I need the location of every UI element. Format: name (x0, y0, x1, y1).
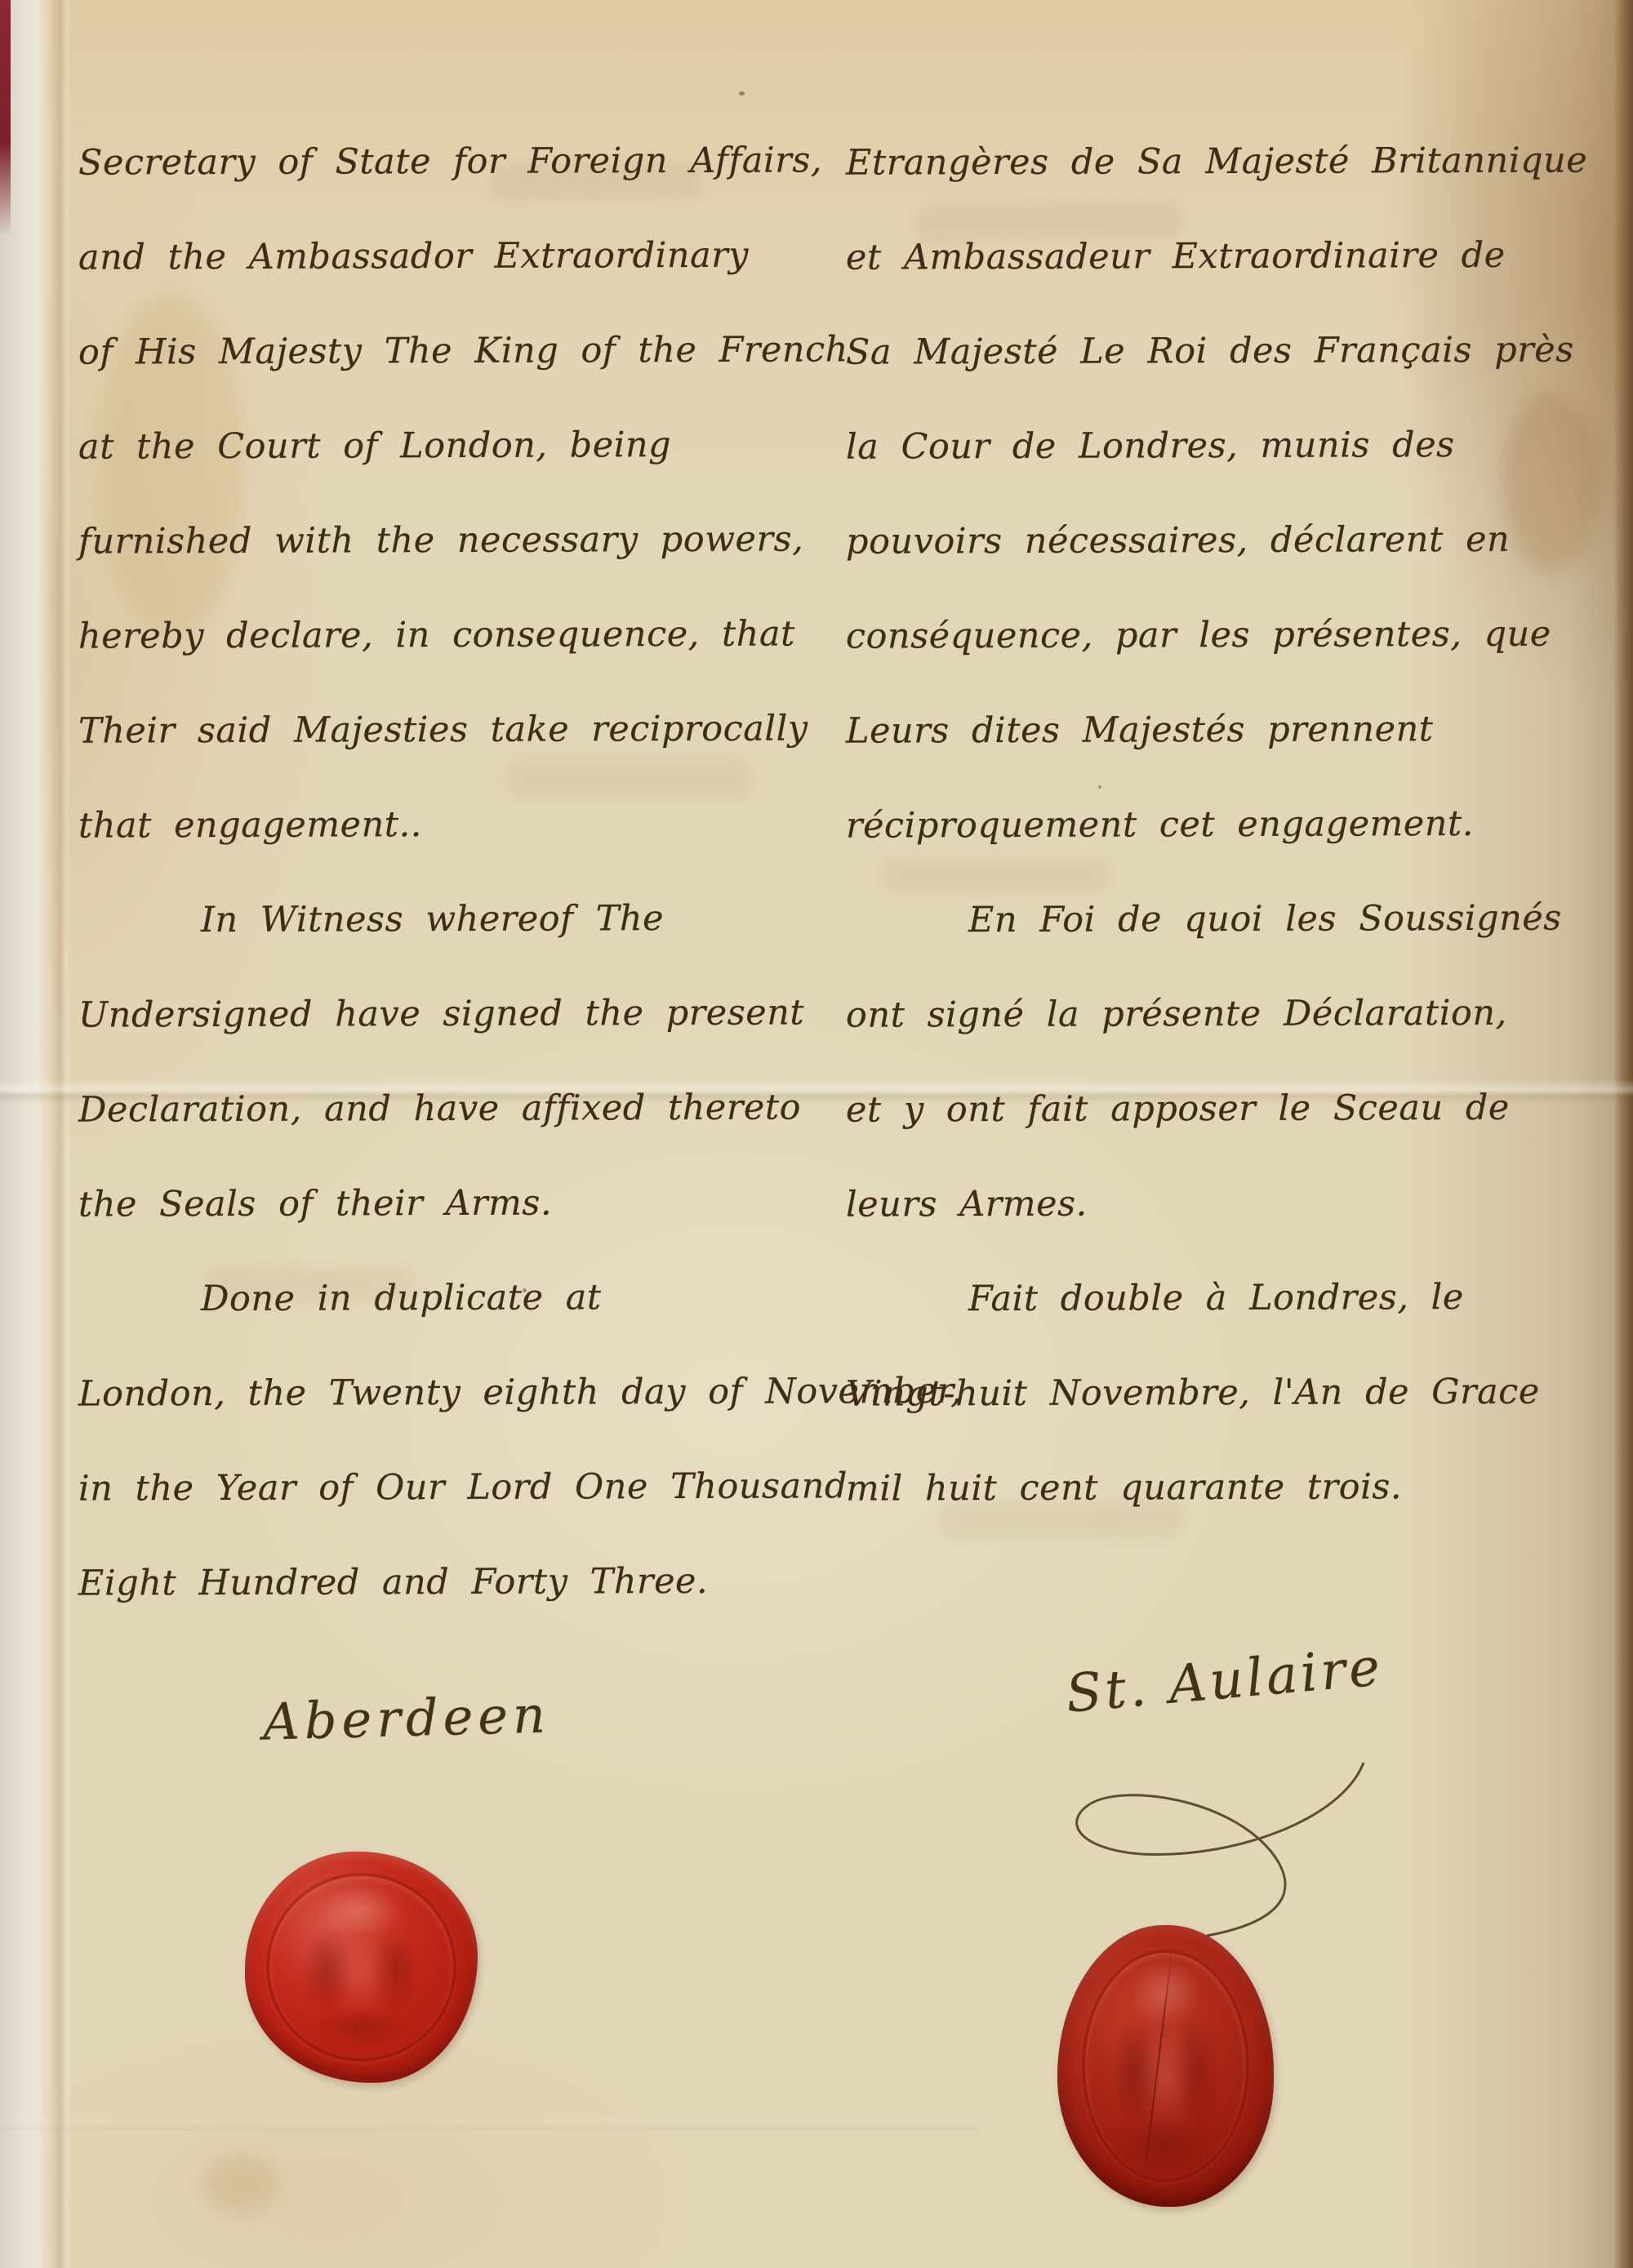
manuscript-line: Declaration, and have affixed thereto (78, 1060, 820, 1157)
lower-fold-crease (0, 2119, 980, 2131)
st-aulaire-wax-seal (1057, 1925, 1274, 2207)
manuscript-line: Sa Majesté Le Roi des Français près (846, 302, 1623, 399)
manuscript-line: Eight Hundred and Forty Three. (78, 1533, 820, 1630)
manuscript-line: Etrangères de Sa Majesté Britannique (846, 113, 1623, 210)
manuscript-line: Fait double à Londres, le (846, 1249, 1623, 1346)
french-column: Etrangères de Sa Majesté Britannique et … (846, 114, 1623, 1535)
manuscript-line: Their said Majesties take reciprocally (78, 681, 820, 778)
paper-stain (204, 2155, 278, 2212)
english-column: Secretary of State for Foreign Affairs, … (78, 114, 820, 1630)
manuscript-line: et Ambassadeur Extraordinaire de (846, 207, 1623, 305)
manuscript-line: et y ont fait apposer le Sceau de (846, 1060, 1623, 1157)
manuscript-line: Secretary of State for Foreign Affairs, (78, 113, 820, 210)
ink-speck (739, 91, 745, 96)
manuscript-line: and the Ambassador Extraordinary (78, 207, 820, 305)
manuscript-line: In Witness whereof The (78, 870, 820, 967)
manuscript-line: Undersigned have signed the present (78, 965, 820, 1062)
manuscript-line: of His Majesty The King of the French (78, 302, 820, 399)
manuscript-line: London, the Twenty eighth day of Novembe… (78, 1344, 820, 1441)
signature-flourish (1060, 1751, 1386, 1947)
manuscript-line: at the Court of London, being (78, 397, 820, 494)
manuscript-line: hereby declare, in consequence, that (78, 586, 820, 683)
manuscript-line: leurs Armes. (846, 1154, 1623, 1252)
left-page-edge (0, 0, 52, 2268)
st-aulaire-signature: St. Aulaire (1064, 1637, 1386, 1725)
manuscript-line: in the Year of Our Lord One Thousand (78, 1439, 820, 1536)
manuscript-line: ont signé la présente Déclaration, (846, 965, 1623, 1062)
manuscript-line: pouvoirs nécessaires, déclarent en (846, 491, 1623, 589)
manuscript-line: En Foi de quoi les Soussignés (846, 870, 1623, 967)
left-fold-crease (51, 0, 72, 2268)
coat-of-arms-impression (278, 1884, 445, 2050)
manuscript-line: furnished with the necessary powers, (78, 491, 820, 589)
manuscript-line: Leurs dites Majestés prennent (846, 681, 1623, 778)
manuscript-line: mil huit cent quarante trois. (846, 1439, 1623, 1536)
manuscript-line: réciproquement cet engagement. (846, 776, 1623, 873)
manuscript-line: Done in duplicate at (78, 1249, 820, 1346)
manuscript-line: conséquence, par les présentes, que (846, 586, 1623, 683)
manuscript-line: Vingt-huit Novembre, l'An de Grace (846, 1344, 1623, 1441)
aberdeen-wax-seal (245, 1852, 478, 2083)
aberdeen-signature: Aberdeen (262, 1684, 551, 1751)
manuscript-line: the Seals of their Arms. (78, 1154, 820, 1252)
manuscript-page: Secretary of State for Foreign Affairs, … (0, 0, 1633, 2268)
manuscript-line: that engagement.. (78, 776, 820, 873)
red-binding-sliver (0, 0, 11, 237)
manuscript-line: la Cour de Londres, munis des (846, 397, 1623, 494)
